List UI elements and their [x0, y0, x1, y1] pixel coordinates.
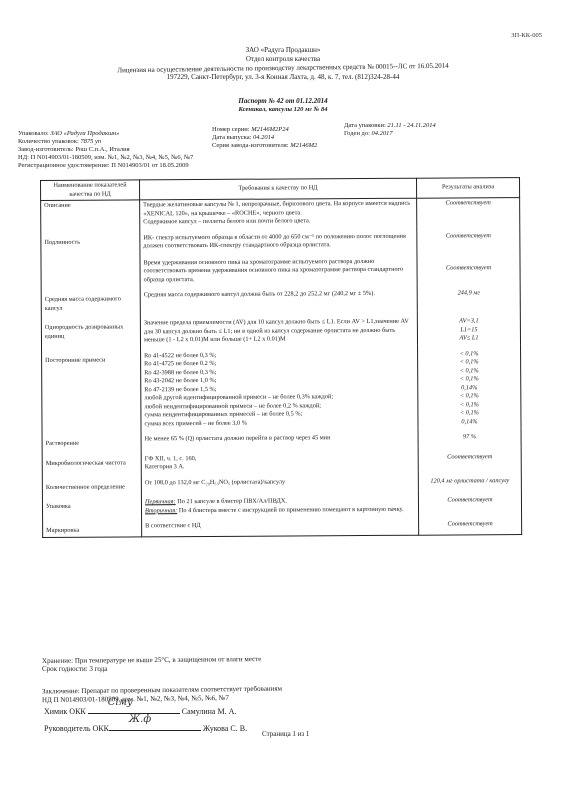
table-row: Микробиологическая чистотаГФ XII, ч. 1, …	[42, 447, 521, 474]
address-line: 197229, Санкт-Петербург, ул. 3-я Конная …	[0, 73, 566, 81]
header-results: Результаты анализа	[416, 178, 519, 199]
requirement: Ro 41-4522 не более 0,3 %;Ro 41-4725 не …	[141, 344, 419, 429]
indicator-name: Микробиологическая чистота	[42, 449, 141, 474]
info-left: Упаковало: ЗАО «Радуга Продакшн» Количес…	[18, 130, 193, 170]
chemist-name: Самулина М. А.	[182, 707, 237, 716]
indicator-name: Посторонние примеси	[42, 346, 142, 430]
requirement: Первичная: По 21 капсуле в блистер ПВХ/А…	[141, 491, 418, 517]
result: Соответствует	[418, 490, 521, 515]
expiry-date: Годен до: 04.2017	[344, 130, 436, 138]
result: 120,4 мг орлистата / капсулу	[418, 471, 521, 491]
indicator-name: Растворение	[42, 429, 141, 449]
head-name: Жукова С. В.	[203, 724, 247, 733]
shelf-life: Срок годности: 3 года	[42, 665, 107, 674]
table-row: Посторонние примесиRo 41-4522 не более 0…	[42, 344, 522, 430]
requirement: ИК- спектр испытуемого образца в области…	[140, 226, 417, 285]
result: Соответствует	[419, 514, 522, 535]
requirement: Твердые желатиновые капсулы № 1, непрозр…	[140, 198, 417, 228]
result: СоответствуетСоответствует	[417, 226, 520, 284]
requirement: Не менее 65 % (Q) орлистата должно перей…	[141, 428, 418, 449]
series-number: Номер серии: М2146М2Р24	[212, 126, 317, 134]
quality-table: Наименование показателей качества по НД …	[40, 177, 522, 537]
registration: Регистрационное удостоверение: П N014903…	[18, 162, 193, 170]
signature: Ж.ф	[109, 722, 201, 731]
requirement: ГФ XII, ч. 1, с. 160,Категория 3 А.	[141, 447, 418, 473]
requirement: От 108,0 до 132,0 мг C₂₉H₅₃NO₅ (орлистат…	[141, 471, 418, 492]
table-row: Средняя масса содержимого капсулСредняя …	[41, 283, 520, 314]
result: Соответствует	[417, 198, 520, 227]
info-right: Дата упаковки: 21.11 - 24.11.2014 Годен …	[344, 122, 436, 138]
indicator-name: Подлинность	[41, 228, 140, 286]
product-name: Ксеникал, капсулы 120 мг № 84	[0, 106, 566, 113]
indicator-name: Количественное определение	[42, 473, 141, 493]
header-requirements: Требования к качеству по НД	[140, 178, 417, 200]
page-number: Страница 1 из 1	[262, 730, 309, 738]
indicator-name: Средняя масса содержимого капсул	[41, 285, 140, 314]
result: AV=3,1L1=15AV≤ L1	[417, 311, 520, 344]
table-row: ПодлинностьИК- спектр испытуемого образц…	[41, 226, 520, 286]
document-code: ЗП-КК-005	[511, 32, 542, 39]
indicator-name: Маркировка	[43, 516, 142, 537]
nd-reference: НД: П N014903/01-180509, изм. №1, №2, №3…	[18, 154, 193, 162]
info-middle: Номер серии: М2146М2Р24 Дата выпуска: 04…	[212, 126, 317, 150]
quantity: Количество упаковок: 7875 уп	[18, 138, 193, 146]
table-row: МаркировкаВ соответствие с НДСоответству…	[43, 514, 522, 537]
requirement: В соответствие с НД	[142, 515, 419, 537]
packed-by: Упаковало: ЗАО «Радуга Продакшн»	[18, 130, 193, 138]
result: < 0,1%< 0,1%< 0,1%< 0,1%0,14%< 0,1%< 0,1…	[418, 344, 522, 428]
table-row: ОписаниеТвердые желатиновые капсулы № 1,…	[41, 198, 520, 229]
passport-title: Паспорт № 42 от 01.12.2014	[0, 97, 566, 105]
company-name: ЗАО «Радуга Продакшн»	[0, 46, 566, 54]
result: Соответствует	[418, 447, 521, 472]
indicator-name: Однородность дозированных единиц	[41, 313, 140, 346]
result: 97 %	[418, 427, 521, 447]
head-signature-line: Руководитель ОККЖ.ф Жукова С. В.	[44, 722, 247, 733]
header-indicator: Наименование показателей качества по НД	[41, 180, 140, 201]
manufacturer: Завод-изготовитель: Рош С.п.А., Италия	[18, 146, 193, 154]
mfr-series: Серия завода-изготовителя: М2146М2	[212, 142, 317, 150]
table-row: Однородность дозированных единицЗначение…	[41, 311, 520, 346]
pack-date: Дата упаковки: 21.11 - 24.11.2014	[344, 122, 436, 130]
requirement: Средняя масса содержимого капсул должна …	[140, 284, 417, 314]
indicator-name: Описание	[41, 200, 140, 229]
requirement: Значение предела приемлемости (AV) для 1…	[140, 312, 417, 346]
conclusion-line-2: НД П N014903/01-180509, изм. №1, №2, №3,…	[42, 694, 229, 705]
result: 244,9 мг	[417, 283, 520, 312]
release-date: Дата выпуска: 04.2014	[212, 134, 317, 142]
signature: Сіму	[88, 705, 180, 714]
table-row: УпаковкаПервичная: По 21 капсуле в блист…	[42, 490, 521, 517]
indicator-name: Упаковка	[42, 492, 141, 517]
